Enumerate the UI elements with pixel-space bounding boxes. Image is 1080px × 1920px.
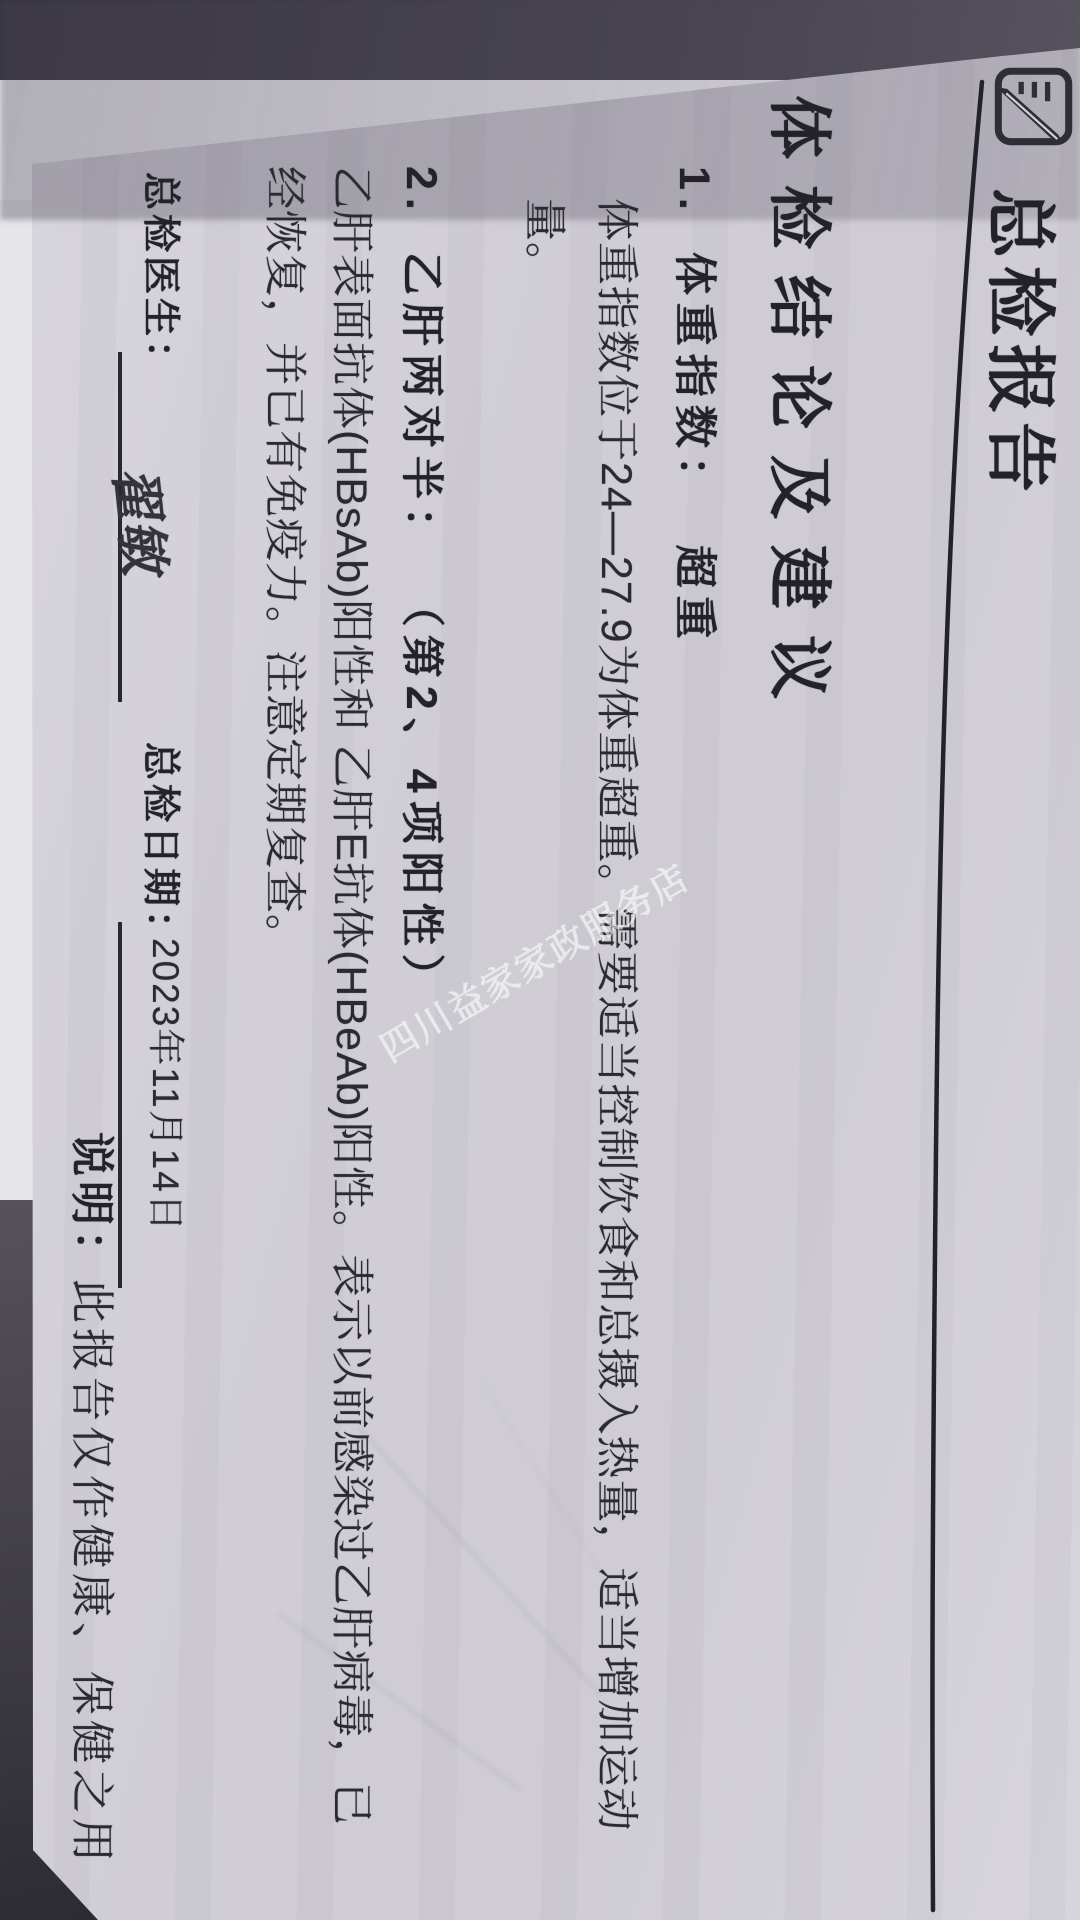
- date-label: 总检日期：: [137, 742, 192, 952]
- footnote: 说明：此报告仅作健康、保健之用: [64, 1132, 128, 1867]
- doctor-label: 总检医生：: [137, 172, 192, 382]
- section-heading: 体检结论及建议: [758, 95, 850, 725]
- item-1-result: 超重: [670, 545, 718, 647]
- date-value: 2023年11月14日: [142, 938, 196, 1233]
- item-2-body-line-2: 经恢复，并已有免疫力。注意定期复查。: [257, 166, 318, 958]
- item-2-number: 2.: [397, 166, 445, 218]
- item-2-result: （第2、4项阳性）: [397, 584, 445, 1005]
- item-2-body-line-1: 乙肝表面抗体(HBsAb)阳性和 乙肝E抗体(HBeAb)阳性。表示以前感染过乙…: [324, 166, 385, 1826]
- photo-of-medical-report: { "watermark": { "text": "四川益家家政服务店", "c…: [0, 0, 1080, 1920]
- item-1-heading: 1. 体重指数： 超重: [667, 166, 728, 647]
- item-1-number: 1.: [670, 166, 718, 218]
- footnote-text: 此报告仅作健康、保健之用: [67, 1279, 116, 1867]
- item-1-label: 体重指数：: [670, 252, 718, 507]
- item-2-label: 乙肝两对半：: [397, 252, 445, 558]
- item-1-body-line-1: 体重指数位于24—27.9为体重超重。需要适当控制饮食和总摄入热量，适当增加运动: [589, 198, 650, 1832]
- item-2-heading: 2. 乙肝两对半： （第2、4项阳性）: [394, 166, 455, 1005]
- doctor-signature: 翟敏: [99, 468, 188, 579]
- footnote-label: 说明：: [67, 1132, 116, 1279]
- item-1-body-line-2: 量。: [517, 198, 578, 286]
